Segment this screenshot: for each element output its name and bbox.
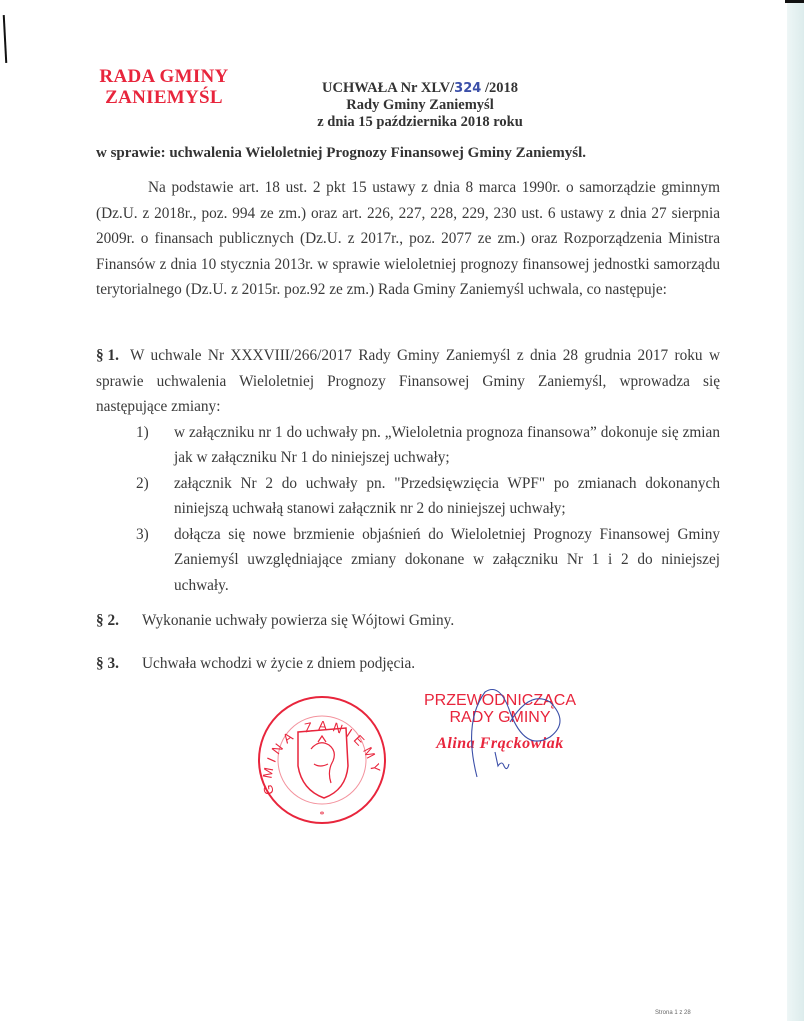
title-prefix: UCHWAŁA Nr XLV/	[322, 80, 454, 96]
scan-edge-bar	[785, 0, 804, 3]
seal-text: GMINA ZANIEMYŚL	[256, 694, 384, 796]
amendment-list: 1) w załączniku nr 1 do uchwały pn. „Wie…	[96, 420, 720, 599]
resolution-title: UCHWAŁA Nr XLV/324 /2018 Rady Gminy Zani…	[270, 80, 570, 131]
scan-edge-strip	[787, 0, 804, 1021]
list-item: 1) w załączniku nr 1 do uchwały pn. „Wie…	[136, 420, 720, 471]
resolution-date: z dnia 15 października 2018 roku	[270, 114, 570, 131]
item-number: 2)	[136, 471, 174, 522]
item-number: 3)	[136, 522, 174, 599]
resolution-issuer: Rady Gminy Zaniemyśl	[270, 97, 570, 114]
svg-text:GMINA ZANIEMYŚL: GMINA ZANIEMYŚL	[256, 694, 384, 796]
section-text: W uchwale Nr XXXVIII/266/2017 Rady Gminy…	[96, 347, 720, 415]
item-text: w załączniku nr 1 do uchwały pn. „Wielol…	[174, 420, 720, 471]
handwritten-signature	[455, 682, 575, 782]
resolution-number: UCHWAŁA Nr XLV/324 /2018	[270, 80, 570, 97]
item-number: 1)	[136, 420, 174, 471]
council-header-stamp: RADA GMINY ZANIEMYŚL	[94, 66, 234, 108]
page-number: Strona 1 z 28	[655, 1010, 691, 1016]
preamble-text: Na podstawie art. 18 ust. 2 pkt 15 ustaw…	[96, 179, 720, 298]
section-label: § 1.	[96, 343, 130, 369]
handwritten-number: 324	[454, 81, 481, 96]
list-item: 2) załącznik Nr 2 do uchwały pn. "Przeds…	[136, 471, 720, 522]
margin-mark	[3, 15, 8, 63]
item-text: załącznik Nr 2 do uchwały pn. "Przedsięw…	[174, 471, 720, 522]
section-label: § 3.	[96, 655, 142, 673]
item-text: dołącza się nowe brzmienie objaśnień do …	[174, 522, 720, 599]
section-2: § 2.Wykonanie uchwały powierza się Wójto…	[96, 612, 454, 630]
section-label: § 2.	[96, 612, 142, 630]
stamp-line-1: RADA GMINY	[94, 66, 234, 87]
section-3: § 3.Uchwała wchodzi w życie z dniem podj…	[96, 655, 415, 673]
resolution-subject: w sprawie: uchwalenia Wieloletniej Progn…	[96, 145, 716, 162]
preamble: Na podstawie art. 18 ust. 2 pkt 15 ustaw…	[96, 175, 720, 303]
list-item: 3) dołącza się nowe brzmienie objaśnień …	[136, 522, 720, 599]
stamp-line-2: ZANIEMYŚL	[94, 87, 234, 108]
title-suffix: /2018	[481, 80, 518, 96]
seal-star: *	[320, 810, 325, 821]
section-text: Wykonanie uchwały powierza się Wójtowi G…	[142, 612, 454, 629]
section-text: Uchwała wchodzi w życie z dniem podjęcia…	[142, 655, 415, 672]
official-seal: GMINA ZANIEMYŚL *	[256, 694, 388, 826]
section-1: § 1.W uchwale Nr XXXVIII/266/2017 Rady G…	[96, 343, 720, 598]
coat-of-arms-icon	[298, 728, 348, 798]
